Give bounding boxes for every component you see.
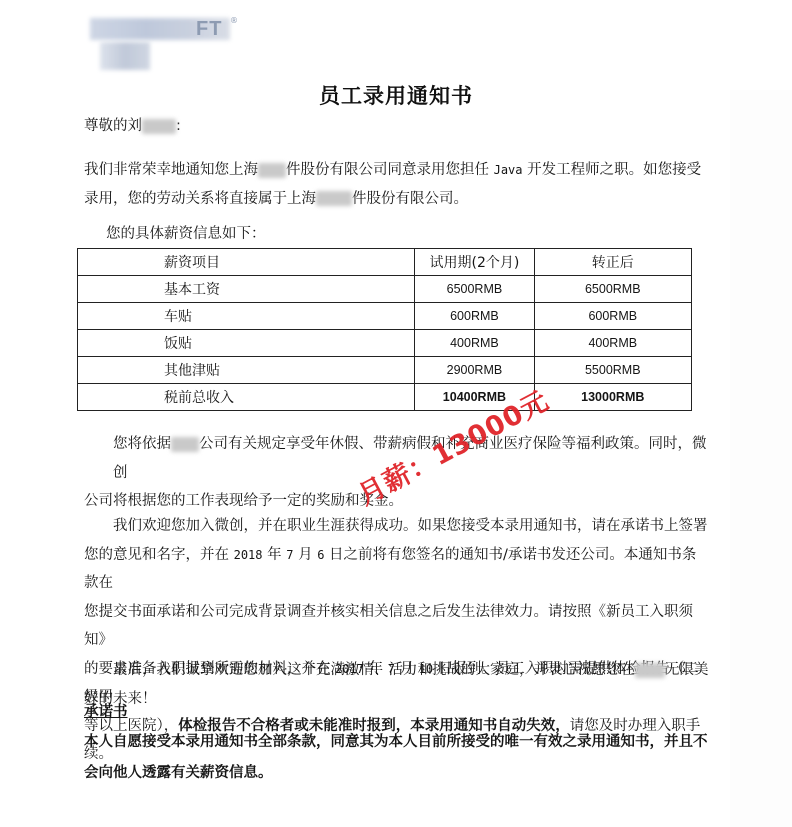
salary-intro: 您的具体薪资信息如下：	[84, 220, 731, 249]
intro-line-1: 我们非常荣幸地通知您上海件股份有限公司同意录用您担任 Java 开发工程师之职。…	[84, 156, 709, 185]
row-item: 税前总收入	[78, 384, 415, 411]
header-regular: 转正后	[534, 249, 691, 276]
commitment-line-1: 本人自愿接受本录用通知书全部条款，同意其为本人目前所接受的唯一有效之录用通知书，…	[84, 727, 709, 758]
logo-blurred-mark	[100, 42, 150, 70]
commitment-line-2: 会向他人透露有关薪资信息。	[84, 758, 709, 789]
intro-text: 开发工程师之职。如您接受	[523, 162, 702, 178]
row-probation: 600RMB	[415, 303, 534, 330]
redacted-company	[258, 163, 286, 178]
row-regular: 600RMB	[534, 303, 691, 330]
logo-registered-mark: ®	[230, 16, 238, 25]
closing-text: 无限美	[665, 662, 709, 678]
row-regular: 5500RMB	[534, 357, 691, 384]
welcome-text: 我们欢迎您加入微创，并在职业生涯	[113, 518, 345, 534]
intro-paragraph: 我们非常荣幸地通知您上海件股份有限公司同意录用您担任 Java 开发工程师之职。…	[84, 156, 709, 213]
commitment-paragraph: 本人自愿接受本录用通知书全部条款，同意其为本人目前所接受的唯一有效之录用通知书，…	[84, 727, 709, 789]
salutation: 尊敬的刘:	[84, 112, 709, 141]
closing-line-1: 最后，我们诚挚欢迎您加入这个充满激情、活力和挑战的大家庭，并衷心祝愿您在无限美	[84, 656, 709, 685]
closing-text: 最后，我们诚挚欢迎您加入这个充满激情、活力和挑战的大家庭，并衷心祝愿您在	[113, 662, 635, 678]
welcome-line-2: 您的意见和名字，并在 2018 年 7 月 6 日之前将有您签名的通知书/承诺书…	[84, 541, 709, 598]
row-item: 车贴	[78, 303, 415, 330]
salary-table-header: 薪资项目 试用期(2个月) 转正后	[78, 249, 692, 276]
table-row: 其他津贴 2900RMB 5500RMB	[78, 357, 692, 384]
salutation-prefix: 尊敬的刘	[84, 118, 142, 134]
welcome-line-3: 您提交书面承诺和公司完成背景调查并核实相关信息之后发生法律效力。请按照《新员工入…	[84, 598, 709, 655]
row-probation: 6500RMB	[415, 276, 534, 303]
intro-line-2: 录用，您的劳动关系将直接属于上海件股份有限公司。	[84, 185, 709, 214]
intro-text: 录用，您的劳动关系将直接属于上海	[84, 191, 316, 207]
document-title: 员工录用通知书	[0, 80, 792, 110]
row-item: 饭贴	[78, 330, 415, 357]
position-name: Java	[494, 163, 523, 177]
commitment-heading: 承诺书	[84, 698, 709, 727]
table-row-total: 税前总收入 10400RMB 13000RMB	[78, 384, 692, 411]
page-edge-shade	[730, 90, 792, 827]
redacted-name	[142, 119, 176, 134]
row-probation: 2900RMB	[415, 357, 534, 384]
row-regular: 6500RMB	[534, 276, 691, 303]
header-item: 薪资项目	[78, 249, 415, 276]
row-item: 其他津贴	[78, 357, 415, 384]
redacted-company	[316, 191, 352, 206]
welcome-text: 月	[293, 547, 317, 563]
table-row: 车贴 600RMB 600RMB	[78, 303, 692, 330]
benefits-text: 您将依据	[113, 436, 171, 452]
row-probation: 400RMB	[415, 330, 534, 357]
row-regular: 13000RMB	[534, 384, 691, 411]
salutation-suffix: :	[176, 118, 181, 134]
row-item: 基本工资	[78, 276, 415, 303]
welcome-text: 年	[263, 547, 287, 563]
redacted-company	[171, 437, 199, 452]
welcome-line-1: 我们欢迎您加入微创，并在职业生涯获得成功。如果您接受本录用通知书，请在承诺书上签…	[84, 512, 709, 541]
salary-table: 薪资项目 试用期(2个月) 转正后 基本工资 6500RMB 6500RMB 车…	[77, 248, 692, 411]
redacted-company	[635, 663, 665, 678]
company-logo: FT ®	[90, 18, 240, 70]
intro-text: 我们非常荣幸地通知您上海	[84, 162, 258, 178]
header-probation: 试用期(2个月)	[415, 249, 534, 276]
table-row: 基本工资 6500RMB 6500RMB	[78, 276, 692, 303]
logo-visible-text: FT	[196, 18, 222, 41]
intro-text: 件股份有限公司。	[352, 191, 468, 207]
intro-text: 件股份有限公司同意录用您担任	[286, 162, 494, 178]
offer-letter-page: FT ® 员工录用通知书 尊敬的刘: 我们非常荣幸地通知您上海件股份有限公司同意…	[0, 0, 792, 827]
row-regular: 400RMB	[534, 330, 691, 357]
welcome-text: 获得成功。如果您接受本录用通知书，请在承诺书上签署	[345, 518, 708, 534]
welcome-text: 您的意见和名字，并在	[84, 547, 234, 563]
table-row: 饭贴 400RMB 400RMB	[78, 330, 692, 357]
deadline-year: 2018	[234, 548, 263, 562]
